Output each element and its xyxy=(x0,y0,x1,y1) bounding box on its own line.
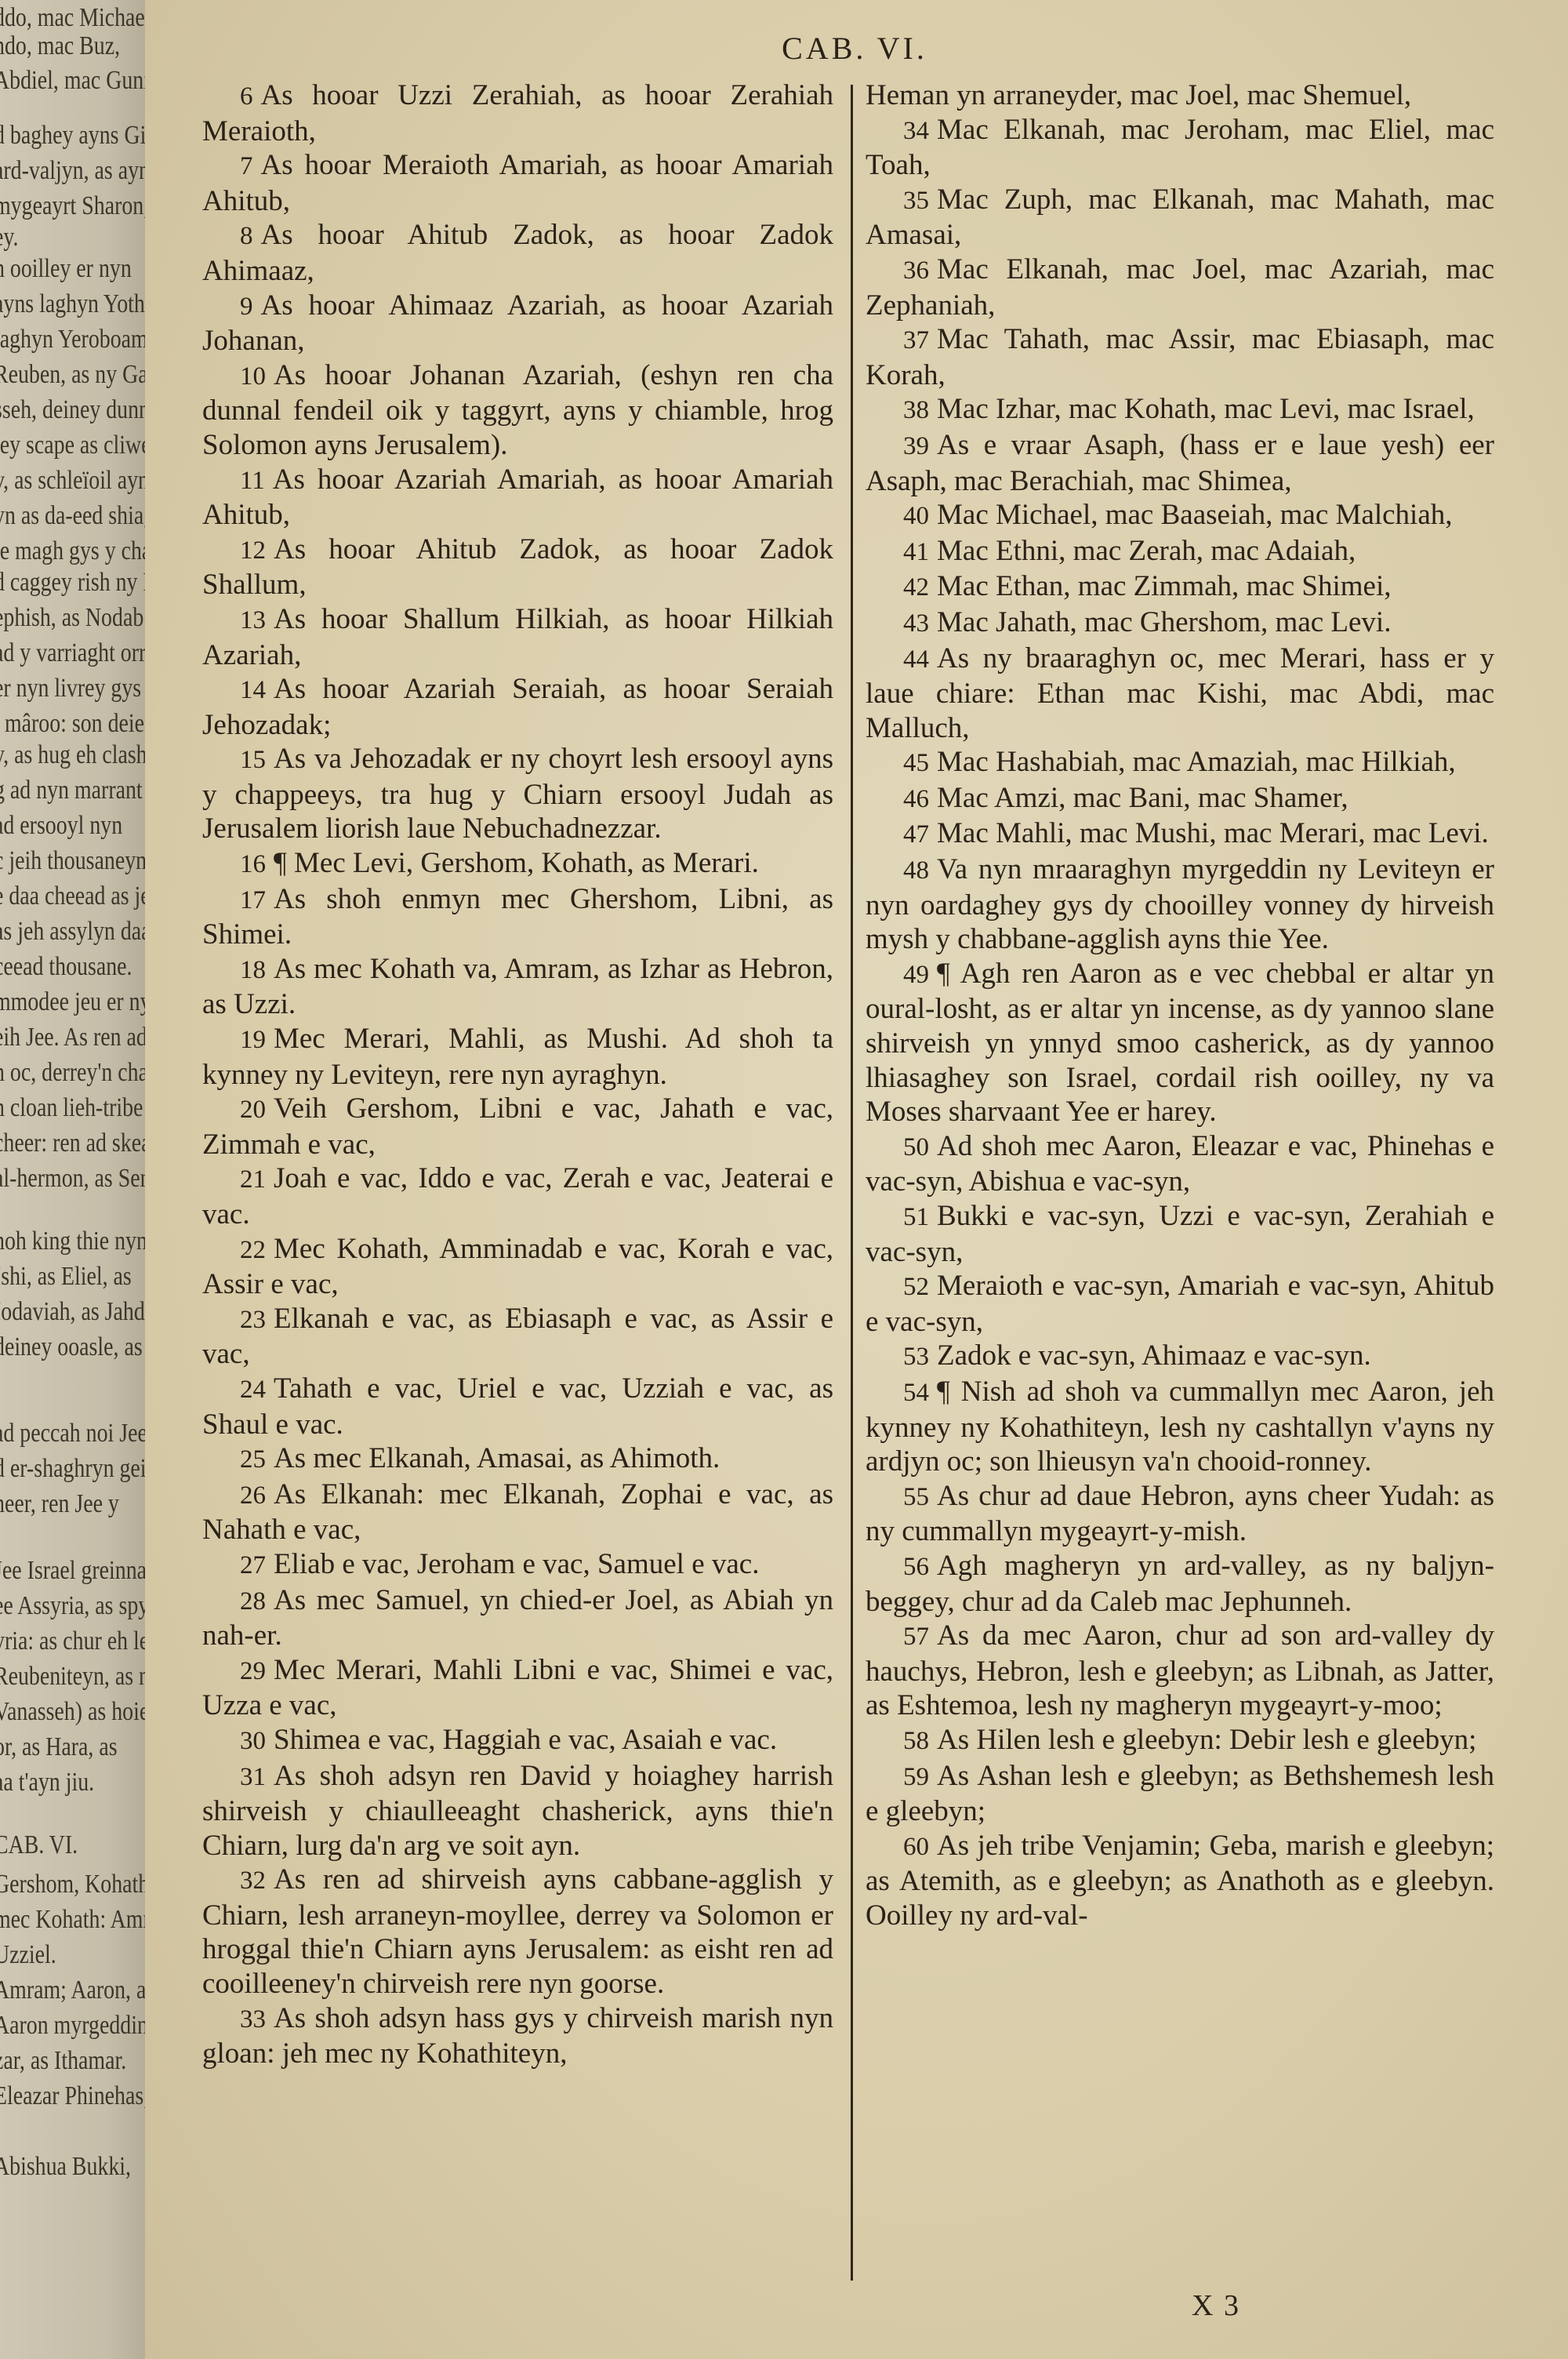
verse-paragraph: 25As mec Elkanah, Amasai, as Ahimoth. xyxy=(202,1441,833,1478)
verse-text: Mac Elkanah, mac Jeroham, mac Eliel, mac… xyxy=(866,114,1494,182)
verse-paragraph: 51Bukki e vac-syn, Uzzi e vac-syn, Zerah… xyxy=(866,1199,1494,1269)
verse-text: As hooar Ahimaaz Azariah, as hooar Azari… xyxy=(202,289,833,358)
verse-number: 31 xyxy=(240,1763,266,1791)
facing-page-line: e daa cheead as jeih xyxy=(0,881,151,911)
verse-paragraph: 32As ren ad shirveish ayns cabbane-aggli… xyxy=(202,1863,833,2001)
verse-text: Ad shoh mec Aaron, Eleazar e vac, Phineh… xyxy=(866,1130,1494,1198)
verse-paragraph: 17As shoh enmyn mec Ghershom, Libni, as … xyxy=(202,882,833,952)
right-text-column: Heman yn arraneyder, mac Joel, mac Shemu… xyxy=(866,78,1494,1932)
verse-text: As Ashan lesh e gleebyn; as Bethshemesh … xyxy=(866,1760,1494,1828)
facing-page-line: d caggey rish ny Hagariteyn xyxy=(0,568,151,598)
verse-paragraph: 31As shoh adsyn ren David y hoiaghey har… xyxy=(202,1759,833,1863)
verse-text: Shimea e vac, Haggiah e vac, Asaiah e va… xyxy=(274,1724,777,1756)
verse-text: Heman yn arraneyder, mac Joel, mac Shemu… xyxy=(866,79,1411,111)
verse-text: As Elkanah: mec Elkanah, Zophai e vac, a… xyxy=(202,1478,833,1547)
facing-page-line: or, as Hara, as xyxy=(0,1732,118,1762)
facing-page-line: y, as hug eh clashtyn xyxy=(0,740,151,770)
verse-text: As hooar Uzzi Zerahiah, as hooar Zerahia… xyxy=(202,79,833,147)
verse-number: 24 xyxy=(240,1376,266,1404)
verse-paragraph: 49¶ Agh ren Aaron as e vec chebbal er al… xyxy=(866,957,1494,1129)
verse-number: 21 xyxy=(240,1165,266,1194)
verse-number: 15 xyxy=(240,746,266,774)
facing-page-line: ad y varriaght orroo xyxy=(0,638,151,668)
verse-number: 39 xyxy=(903,432,929,460)
verse-number: 22 xyxy=(240,1236,266,1264)
verse-paragraph: 48Va nyn mraaraghyn myrgeddin ny Levitey… xyxy=(866,852,1494,957)
column-divider-rule xyxy=(851,85,853,2281)
verse-number: 45 xyxy=(903,749,929,777)
facing-page-line: Aaron myrgeddin; xyxy=(0,2011,151,2041)
running-head-chapter: CAB. VI. xyxy=(764,30,945,67)
verse-paragraph: 50Ad shoh mec Aaron, Eleazar e vac, Phin… xyxy=(866,1129,1494,1199)
verse-paragraph: 7As hooar Meraioth Amariah, as hooar Ama… xyxy=(202,148,833,218)
verse-text: As e vraar Asaph, (hass er e laue yesh) … xyxy=(866,429,1494,497)
verse-number: 16 xyxy=(240,850,266,878)
facing-page-line: Abdiel, mac Guni, xyxy=(0,66,151,96)
facing-page-line: eih Jee. As ren ad xyxy=(0,1023,147,1052)
facing-page-line: ard-valjyn, as ayns xyxy=(0,156,151,186)
facing-page-line: ee Assyria, as spyrryd xyxy=(0,1591,151,1621)
facing-page-line: yn as da-eed shiaght xyxy=(0,501,151,531)
facing-page-line: mmodee jeu er ny xyxy=(0,987,151,1017)
verse-text: Elkanah e vac, as Ebiasaph e vac, as Ass… xyxy=(202,1303,833,1371)
verse-paragraph: 55As chur ad daue Hebron, ayns cheer Yud… xyxy=(866,1479,1494,1549)
facing-page-line: zar, as Ithamar. xyxy=(0,2046,126,2076)
verse-paragraph: 6As hooar Uzzi Zerahiah, as hooar Zerahi… xyxy=(202,78,833,148)
verse-paragraph: 22Mec Kohath, Amminadab e vac, Korah e v… xyxy=(202,1232,833,1302)
verse-number: 54 xyxy=(903,1379,929,1407)
verse-text: Mac Ethni, mac Zerah, mac Adaiah, xyxy=(937,535,1356,567)
verse-paragraph: 33As shoh adsyn hass gys y chirveish mar… xyxy=(202,2001,833,2071)
facing-page-line: Iodaviah, as Jahdiel, xyxy=(0,1297,151,1327)
verse-number: 12 xyxy=(240,536,266,565)
verse-number: 32 xyxy=(240,1866,266,1895)
facing-page-line: Reuben, as ny Gaditeyn xyxy=(0,360,151,390)
verse-paragraph: 35Mac Zuph, mac Elkanah, mac Mahath, mac… xyxy=(866,183,1494,253)
facing-page-line: g ad nyn marrant xyxy=(0,776,143,805)
verse-paragraph: 56Agh magheryn yn ard-valley, as ny balj… xyxy=(866,1549,1494,1619)
verse-number: 51 xyxy=(903,1203,929,1231)
facing-page-line: mygeayrt Sharon, xyxy=(0,191,149,221)
facing-page-line: aa t'ayn jiu. xyxy=(0,1768,94,1797)
facing-page-line: er nyn livrey gys xyxy=(0,674,141,703)
verse-number: 58 xyxy=(903,1727,929,1755)
verse-text: As ny braaraghyn oc, mec Merari, hass er… xyxy=(866,642,1494,744)
facing-page-line: as jeh assylyn daa xyxy=(0,917,151,947)
verse-paragraph: 37Mac Tahath, mac Assir, mac Ebiasaph, m… xyxy=(866,322,1494,392)
facing-page-line: ey. xyxy=(0,223,18,253)
verse-paragraph: 24Tahath e vac, Uriel e vac, Uzziah e va… xyxy=(202,1372,833,1441)
verse-paragraph: Heman yn arraneyder, mac Joel, mac Shemu… xyxy=(866,78,1494,113)
verse-number: 50 xyxy=(903,1133,929,1161)
verse-paragraph: 20Veih Gershom, Libni e vac, Jahath e va… xyxy=(202,1092,833,1161)
facing-page-line: Uzziel. xyxy=(0,1940,56,1970)
verse-number: 55 xyxy=(903,1483,929,1511)
facing-page-line: laghyn Yeroboam xyxy=(0,325,148,354)
verse-text: Mac Jahath, mac Ghershom, mac Levi. xyxy=(937,606,1391,638)
verse-text: As ren ad shirveish ayns cabbane-agglish… xyxy=(202,1863,833,2000)
verse-number: 25 xyxy=(240,1445,266,1474)
verse-text: Meraioth e vac-syn, Amariah e vac-syn, A… xyxy=(866,1270,1494,1338)
verse-paragraph: 57As da mec Aaron, chur ad son ard-valle… xyxy=(866,1619,1494,1723)
verse-number: 59 xyxy=(903,1763,929,1791)
verse-paragraph: 60As jeh tribe Venjamin; Geba, marish e … xyxy=(866,1829,1494,1933)
facing-page-line: h ooilley er nyn xyxy=(0,254,132,284)
verse-paragraph: 11As hooar Azariah Amariah, as hooar Ama… xyxy=(202,463,833,533)
verse-number: 44 xyxy=(903,645,929,674)
verse-number: 20 xyxy=(240,1096,266,1124)
verse-text: As hooar Shallum Hilkiah, as hooar Hilki… xyxy=(202,603,833,671)
facing-page-line: al-hermon, as Senir, xyxy=(0,1164,151,1194)
verse-text: As mec Kohath va, Amram, as Izhar as Heb… xyxy=(202,953,833,1021)
verse-number: 57 xyxy=(903,1623,929,1651)
verse-text: As hooar Azariah Seraiah, as hooar Serai… xyxy=(202,673,833,741)
verse-number: 33 xyxy=(240,2005,266,2034)
verse-number: 26 xyxy=(240,1481,266,1510)
verse-text: Agh magheryn yn ard-valley, as ny baljyn… xyxy=(866,1550,1494,1618)
verse-number: 34 xyxy=(903,117,929,145)
verse-text: As shoh enmyn mec Ghershom, Libni, as Sh… xyxy=(202,883,833,951)
verse-text: Tahath e vac, Uriel e vac, Uzziah e vac,… xyxy=(202,1372,833,1441)
facing-page-line: Eleazar Phinehas, xyxy=(0,2081,149,2111)
facing-page-line: n oc, derrey'n chappeeys xyxy=(0,1058,151,1088)
facing-page-line: tey scape as cliwe, xyxy=(0,431,151,460)
facing-page-line: ephish, as Nodab. xyxy=(0,603,149,633)
verse-paragraph: 46Mac Amzi, mac Bani, mac Shamer, xyxy=(866,781,1494,817)
verse-paragraph: 12As hooar Ahitub Zadok, as hooar Zadok … xyxy=(202,533,833,602)
facing-page-line: ayns laghyn Yotham xyxy=(0,289,151,319)
verse-number: 60 xyxy=(903,1833,929,1861)
facing-page-edge: ddo, mac Michael,ndo, mac Buz,Abdiel, ma… xyxy=(0,0,151,2359)
verse-number: 9 xyxy=(240,293,253,321)
verse-text: Mec Merari, Mahli, as Mushi. Ad shoh ta … xyxy=(202,1023,833,1091)
verse-number: 47 xyxy=(903,820,929,849)
facing-page-line: Amram; Aaron, as xyxy=(0,1976,151,2005)
facing-page-line: Abishua Bukki, xyxy=(0,2152,131,2182)
verse-paragraph: 36Mac Elkanah, mac Joel, mac Azariah, ma… xyxy=(866,253,1494,322)
verse-number: 43 xyxy=(903,609,929,638)
verse-number: 52 xyxy=(903,1273,929,1301)
verse-text: As Hilen lesh e gleebyn: Debir lesh e gl… xyxy=(937,1724,1476,1756)
facing-page-line: cheer: ren ad skeayley xyxy=(0,1129,151,1158)
facing-page-line: heer, ren Jee y xyxy=(0,1489,119,1519)
verse-number: 8 xyxy=(240,222,253,250)
facing-page-line: Gershom, Kohath, as xyxy=(0,1870,151,1899)
verse-text: As hooar Johanan Azariah, (eshyn ren cha… xyxy=(202,359,833,461)
facing-page-line: Jee Israel greinnaghey xyxy=(0,1556,151,1586)
verse-text: As hooar Meraioth Amariah, as hooar Amar… xyxy=(202,149,833,217)
verse-number: 53 xyxy=(903,1343,929,1371)
verse-text: Mac Hashabiah, mac Amaziah, mac Hilkiah, xyxy=(937,746,1456,778)
verse-paragraph: 52Meraioth e vac-syn, Amariah e vac-syn,… xyxy=(866,1269,1494,1339)
verse-text: Mac Izhar, mac Kohath, mac Levi, mac Isr… xyxy=(937,393,1475,425)
verse-number: 30 xyxy=(240,1727,266,1755)
verse-number: 42 xyxy=(903,573,929,602)
verse-number: 40 xyxy=(903,502,929,530)
verse-text: Zadok e vac-syn, Ahimaaz e vac-syn. xyxy=(937,1339,1371,1372)
verse-paragraph: 9As hooar Ahimaaz Azariah, as hooar Azar… xyxy=(202,289,833,358)
verse-paragraph: 47Mac Mahli, mac Mushi, mac Merari, mac … xyxy=(866,816,1494,852)
verse-text: As chur ad daue Hebron, ayns cheer Yudah… xyxy=(866,1480,1494,1548)
verse-paragraph: 59As Ashan lesh e gleebyn; as Bethshemes… xyxy=(866,1759,1494,1829)
verse-number: 23 xyxy=(240,1306,266,1334)
verse-text: As hooar Azariah Amariah, as hooar Amari… xyxy=(202,463,833,532)
facing-page-line: yria: as chur eh lesh xyxy=(0,1627,151,1656)
verse-number: 35 xyxy=(903,187,929,215)
verse-paragraph: 13As hooar Shallum Hilkiah, as hooar Hil… xyxy=(202,602,833,672)
verse-number: 48 xyxy=(903,856,929,885)
verse-number: 19 xyxy=(240,1026,266,1054)
verse-text: As mec Elkanah, Amasai, as Ahimoth. xyxy=(274,1442,720,1474)
verse-paragraph: 15As va Jehozadak er ny choyrt lesh erso… xyxy=(202,742,833,846)
facing-page-line: ad ersooyl nyn xyxy=(0,811,122,841)
verse-paragraph: 29Mec Merari, Mahli Libni e vac, Shimei … xyxy=(202,1653,833,1723)
verse-text: ¶ Nish ad shoh va cummallyn mec Aaron, j… xyxy=(866,1376,1494,1478)
signature-mark: X 3 xyxy=(1192,2288,1240,2323)
verse-paragraph: 27Eliab e vac, Jeroham e vac, Samuel e v… xyxy=(202,1547,833,1583)
facing-page-line: sseh, deiney dunnal xyxy=(0,395,151,425)
verse-number: 27 xyxy=(240,1551,266,1579)
verse-number: 13 xyxy=(240,606,266,634)
verse-paragraph: 16¶ Mec Levi, Gershom, Kohath, as Merari… xyxy=(202,846,833,882)
verse-text: As shoh adsyn ren David y hoiaghey harri… xyxy=(202,1760,833,1862)
facing-page-line: v, as schleïoil ayns xyxy=(0,466,151,496)
verse-paragraph: 45Mac Hashabiah, mac Amaziah, mac Hilkia… xyxy=(866,745,1494,781)
verse-text: Mec Kohath, Amminadab e vac, Korah e vac… xyxy=(202,1233,833,1301)
verse-text: As hooar Ahitub Zadok, as hooar Zadok Ah… xyxy=(202,219,833,287)
facing-page-line: Ishi, as Eliel, as xyxy=(0,1262,132,1292)
verse-number: 37 xyxy=(903,326,929,354)
verse-paragraph: 43Mac Jahath, mac Ghershom, mac Levi. xyxy=(866,605,1494,642)
facing-page-line: ceead thousane. xyxy=(0,952,132,982)
verse-paragraph: 18As mec Kohath va, Amram, as Izhar as H… xyxy=(202,952,833,1022)
facing-page-line: CAB. VI. xyxy=(0,1830,78,1860)
facing-page-line: Vanasseh) as hoie eh xyxy=(0,1697,151,1727)
verse-text: Eliab e vac, Jeroham e vac, Samuel e vac… xyxy=(274,1548,759,1580)
verse-paragraph: 39As e vraar Asaph, (hass er e laue yesh… xyxy=(866,428,1494,498)
verse-text: As hooar Ahitub Zadok, as hooar Zadok Sh… xyxy=(202,533,833,602)
verse-text: Mac Amzi, mac Bani, mac Shamer, xyxy=(937,782,1348,814)
verse-paragraph: 14As hooar Azariah Seraiah, as hooar Ser… xyxy=(202,672,833,742)
facing-page-line: ndo, mac Buz, xyxy=(0,31,120,61)
verse-paragraph: 23Elkanah e vac, as Ebiasaph e vac, as A… xyxy=(202,1302,833,1372)
facing-page-line: d er-shaghryn geiyrt xyxy=(0,1454,151,1484)
verse-paragraph: 30Shimea e vac, Haggiah e vac, Asaiah e … xyxy=(202,1723,833,1759)
verse-paragraph: 19Mec Merari, Mahli, as Mushi. Ad shoh t… xyxy=(202,1022,833,1092)
verse-number: 41 xyxy=(903,538,929,566)
facing-page-line: ad peccah noi Jee xyxy=(0,1419,147,1448)
verse-text: As jeh tribe Venjamin; Geba, marish e gl… xyxy=(866,1830,1494,1932)
verse-text: Mac Mahli, mac Mushi, mac Merari, mac Le… xyxy=(937,817,1489,849)
verse-number: 56 xyxy=(903,1553,929,1581)
verse-text: ¶ Mec Levi, Gershom, Kohath, as Merari. xyxy=(274,847,759,879)
verse-paragraph: 42Mac Ethan, mac Zimmah, mac Shimei, xyxy=(866,569,1494,605)
verse-paragraph: 54¶ Nish ad shoh va cummallyn mec Aaron,… xyxy=(866,1375,1494,1479)
verse-paragraph: 58As Hilen lesh e gleebyn: Debir lesh e … xyxy=(866,1723,1494,1759)
verse-text: Mec Merari, Mahli Libni e vac, Shimei e … xyxy=(202,1654,833,1722)
verse-text: Joah e vac, Iddo e vac, Zerah e vac, Jea… xyxy=(202,1162,833,1230)
facing-page-line: ddo, mac Michael, xyxy=(0,3,151,33)
verse-text: Mac Tahath, mac Assir, mac Ebiasaph, mac… xyxy=(866,323,1494,391)
facing-page-line: . mâroo: son deie ad xyxy=(0,709,151,739)
verse-text: As shoh adsyn hass gys y chirveish maris… xyxy=(202,2002,833,2070)
verse-text: As va Jehozadak er ny choyrt lesh ersooy… xyxy=(202,743,833,845)
verse-number: 17 xyxy=(240,886,266,914)
verse-number: 6 xyxy=(240,82,253,111)
verse-text: ¶ Agh ren Aaron as e vec chebbal er alta… xyxy=(866,958,1494,1128)
verse-text: Mac Ethan, mac Zimmah, mac Shimei, xyxy=(937,570,1392,602)
facing-page-line: n cloan lieh-tribe xyxy=(0,1093,143,1123)
verse-number: 36 xyxy=(903,256,929,285)
verse-number: 7 xyxy=(240,152,253,180)
verse-paragraph: 41Mac Ethni, mac Zerah, mac Adaiah, xyxy=(866,534,1494,570)
facing-page-line: d baghey ayns Gilead xyxy=(0,121,151,151)
verse-number: 18 xyxy=(240,956,266,984)
verse-paragraph: 28As mec Samuel, yn chied-er Joel, as Ab… xyxy=(202,1583,833,1653)
verse-text: Mac Michael, mac Baaseiah, mac Malchiah, xyxy=(937,499,1453,531)
verse-paragraph: 44As ny braaraghyn oc, mec Merari, hass … xyxy=(866,642,1494,746)
verse-number: 10 xyxy=(240,362,266,391)
verse-text: Mac Zuph, mac Elkanah, mac Mahath, mac A… xyxy=(866,184,1494,252)
verse-paragraph: 40Mac Michael, mac Baaseiah, mac Malchia… xyxy=(866,498,1494,534)
verse-text: Mac Elkanah, mac Joel, mac Azariah, mac … xyxy=(866,253,1494,322)
left-text-column: 6As hooar Uzzi Zerahiah, as hooar Zerahi… xyxy=(202,78,833,2071)
facing-page-line: hoh king thie nyn xyxy=(0,1227,147,1256)
verse-text: As mec Samuel, yn chied-er Joel, as Abia… xyxy=(202,1584,833,1652)
verse-number: 49 xyxy=(903,961,929,989)
verse-number: 14 xyxy=(240,676,266,704)
verse-text: As da mec Aaron, chur ad son ard-valley … xyxy=(866,1619,1494,1721)
verse-paragraph: 26As Elkanah: mec Elkanah, Zophai e vac,… xyxy=(202,1478,833,1547)
verse-number: 28 xyxy=(240,1587,266,1616)
facing-page-line: deiney ooasle, as xyxy=(0,1332,143,1362)
verse-number: 29 xyxy=(240,1657,266,1685)
verse-text: Bukki e vac-syn, Uzzi e vac-syn, Zerahia… xyxy=(866,1200,1494,1268)
verse-text: Va nyn mraaraghyn myrgeddin ny Leviteyn … xyxy=(866,853,1494,955)
verse-number: 11 xyxy=(240,467,265,495)
verse-paragraph: 21Joah e vac, Iddo e vac, Zerah e vac, J… xyxy=(202,1161,833,1231)
verse-paragraph: 53Zadok e vac-syn, Ahimaaz e vac-syn. xyxy=(866,1339,1494,1375)
verse-paragraph: 38Mac Izhar, mac Kohath, mac Levi, mac I… xyxy=(866,392,1494,428)
verse-paragraph: 10As hooar Johanan Azariah, (eshyn ren c… xyxy=(202,358,833,463)
facing-page-line: mec Kohath: Amram xyxy=(0,1905,151,1935)
facing-page-line: Reubeniteyn, as ny Gaditeyn xyxy=(0,1662,151,1692)
verse-number: 46 xyxy=(903,785,929,813)
verse-paragraph: 34Mac Elkanah, mac Jeroham, mac Eliel, m… xyxy=(866,113,1494,183)
verse-paragraph: 8As hooar Ahitub Zadok, as hooar Zadok A… xyxy=(202,218,833,288)
verse-text: Veih Gershom, Libni e vac, Jahath e vac,… xyxy=(202,1092,833,1161)
facing-page-line: ie magh gys y chagga xyxy=(0,536,151,566)
facing-page-line: c jeih thousaneyn xyxy=(0,846,147,876)
verse-number: 38 xyxy=(903,396,929,424)
